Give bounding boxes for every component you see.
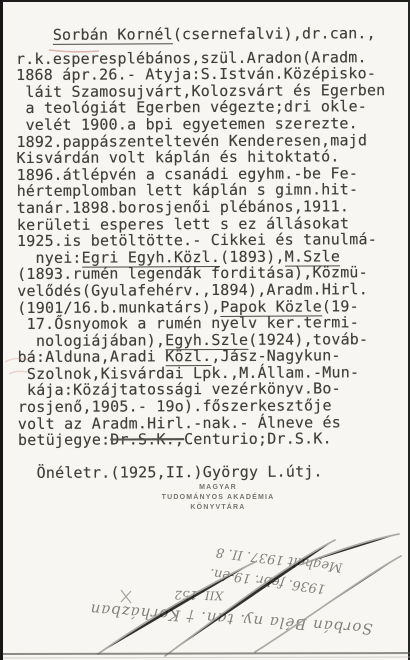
card-bottom-shadow — [3, 657, 410, 658]
stamp-line-3: KÖNYVTÁRA — [93, 503, 343, 513]
library-stamp: MAGYAR TUDOMÁNYOS AKADÉMIA KÖNYVTÁRA — [93, 483, 343, 513]
typed-line: Önéletr.(1925,II.)György L.útj. — [18, 463, 410, 482]
scanned-card: Sorbán Kornél(csernefalvi),dr.can.,r.k.e… — [0, 0, 410, 660]
card-bottom-edge — [3, 653, 410, 654]
title-line: Sorbán Kornél(csernefalvi),dr.can., — [16, 25, 408, 44]
typed-line: 1925.is betöltötte.- Cikkei és tanulmá- — [17, 231, 409, 250]
stamp-line-1: MAGYAR — [93, 483, 343, 493]
stamp-line-2: TUDOMÁNYOS AKADÉMIA — [93, 493, 343, 503]
x-mark — [121, 590, 131, 603]
typed-line: betüjegye:Dr.S.K.,Centurio;Dr.S.K. — [18, 430, 410, 449]
handwritten-note-3: XII. 152 — [153, 587, 223, 602]
typed-text: Sorbán Kornél(csernefalvi),dr.can.,r.k.e… — [16, 25, 410, 482]
handwritten-note-4: Sorbán Béla ny. tan. † Korházban — [28, 596, 373, 638]
